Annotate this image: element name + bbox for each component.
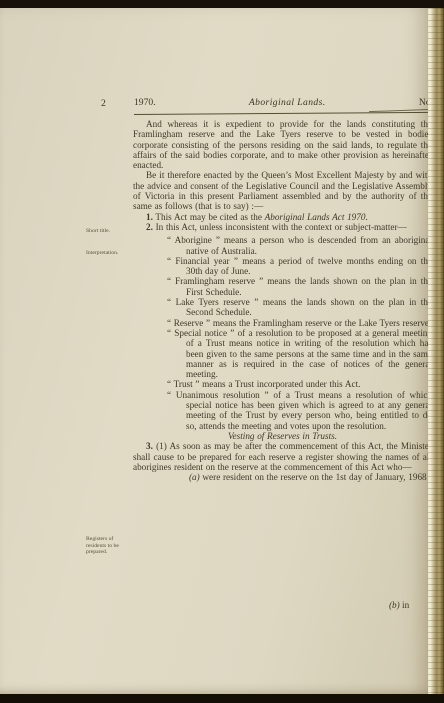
margin-note-interpretation: Interpretation.: [86, 250, 132, 257]
margin-note-registers: Registers of residents to be prepared.: [86, 536, 132, 556]
section-1-text: This Act may be cited as the: [153, 212, 265, 222]
preamble-paragraph-1: And whereas it is expedient to provide f…: [133, 119, 432, 170]
section-1-citation: Aboriginal Lands Act 1970: [265, 212, 366, 222]
definition-special-notice: “ Special notice ” of a resolution to be…: [133, 328, 432, 379]
running-header: 1970. Aboriginal Lands. No.: [134, 97, 433, 108]
running-title: Aboriginal Lands.: [249, 97, 326, 108]
item-a-label: (a): [189, 472, 200, 482]
section-1: 1. This Act may be cited as the Aborigin…: [133, 212, 432, 222]
margin-note-short-title: Short title.: [86, 228, 132, 235]
definitions-list: “ Aborigine ” means a person who is desc…: [133, 235, 432, 431]
definition-aborigine: “ Aborigine ” means a person who is desc…: [133, 235, 432, 256]
definition-lake-tyers-reserve: “ Lake Tyers reserve ” means the lands s…: [133, 297, 432, 318]
adjacent-page-edge: [428, 8, 444, 694]
section-2-number: 2.: [146, 222, 153, 232]
section-2: 2. In this Act, unless inconsistent with…: [133, 222, 432, 232]
catchword: (b) in: [389, 600, 409, 610]
section-2-intro: In this Act, unless inconsistent with th…: [153, 222, 407, 232]
section-3-item-a: (a) were resident on the reserve on the …: [133, 472, 432, 482]
catchword-label: (b): [389, 600, 400, 610]
page: 2 1970. Aboriginal Lands. No. Short titl…: [0, 8, 430, 694]
section-3-number: 3.: [146, 441, 153, 451]
scan-top-edge: [0, 0, 444, 8]
definition-reserve: “ Reserve ” means the Framlingham reserv…: [133, 318, 432, 328]
catchword-text: in: [400, 600, 409, 610]
section-1-text-end: .: [365, 212, 367, 222]
scan-bottom-edge: [0, 694, 444, 703]
act-text-column: And whereas it is expedient to provide f…: [133, 119, 432, 482]
section-1-number: 1.: [146, 212, 153, 222]
page-number: 2: [101, 98, 106, 109]
definition-framlingham-reserve: “ Framlingham reserve ” means the lands …: [133, 276, 432, 297]
header-rule: [134, 112, 434, 115]
definition-unanimous-resolution: “ Unanimous resolution ” of a Trust mean…: [133, 390, 432, 431]
crossheading-vesting: Vesting of Reserves in Trusts.: [133, 431, 432, 441]
header-year: 1970.: [134, 97, 156, 108]
item-a-text: were resident on the reserve on the 1st …: [200, 472, 432, 482]
section-3-text: (1) As soon as may be after the commence…: [133, 441, 432, 472]
section-3: 3. (1) As soon as may be after the comme…: [133, 441, 432, 472]
definition-trust: “ Trust ” means a Trust incorporated und…: [133, 379, 432, 389]
scanned-act-page: 2 1970. Aboriginal Lands. No. Short titl…: [0, 0, 444, 703]
preamble-paragraph-2: Be it therefore enacted by the Queen’s M…: [133, 170, 432, 211]
definition-financial-year: “ Financial year ” means a period of twe…: [133, 256, 432, 277]
